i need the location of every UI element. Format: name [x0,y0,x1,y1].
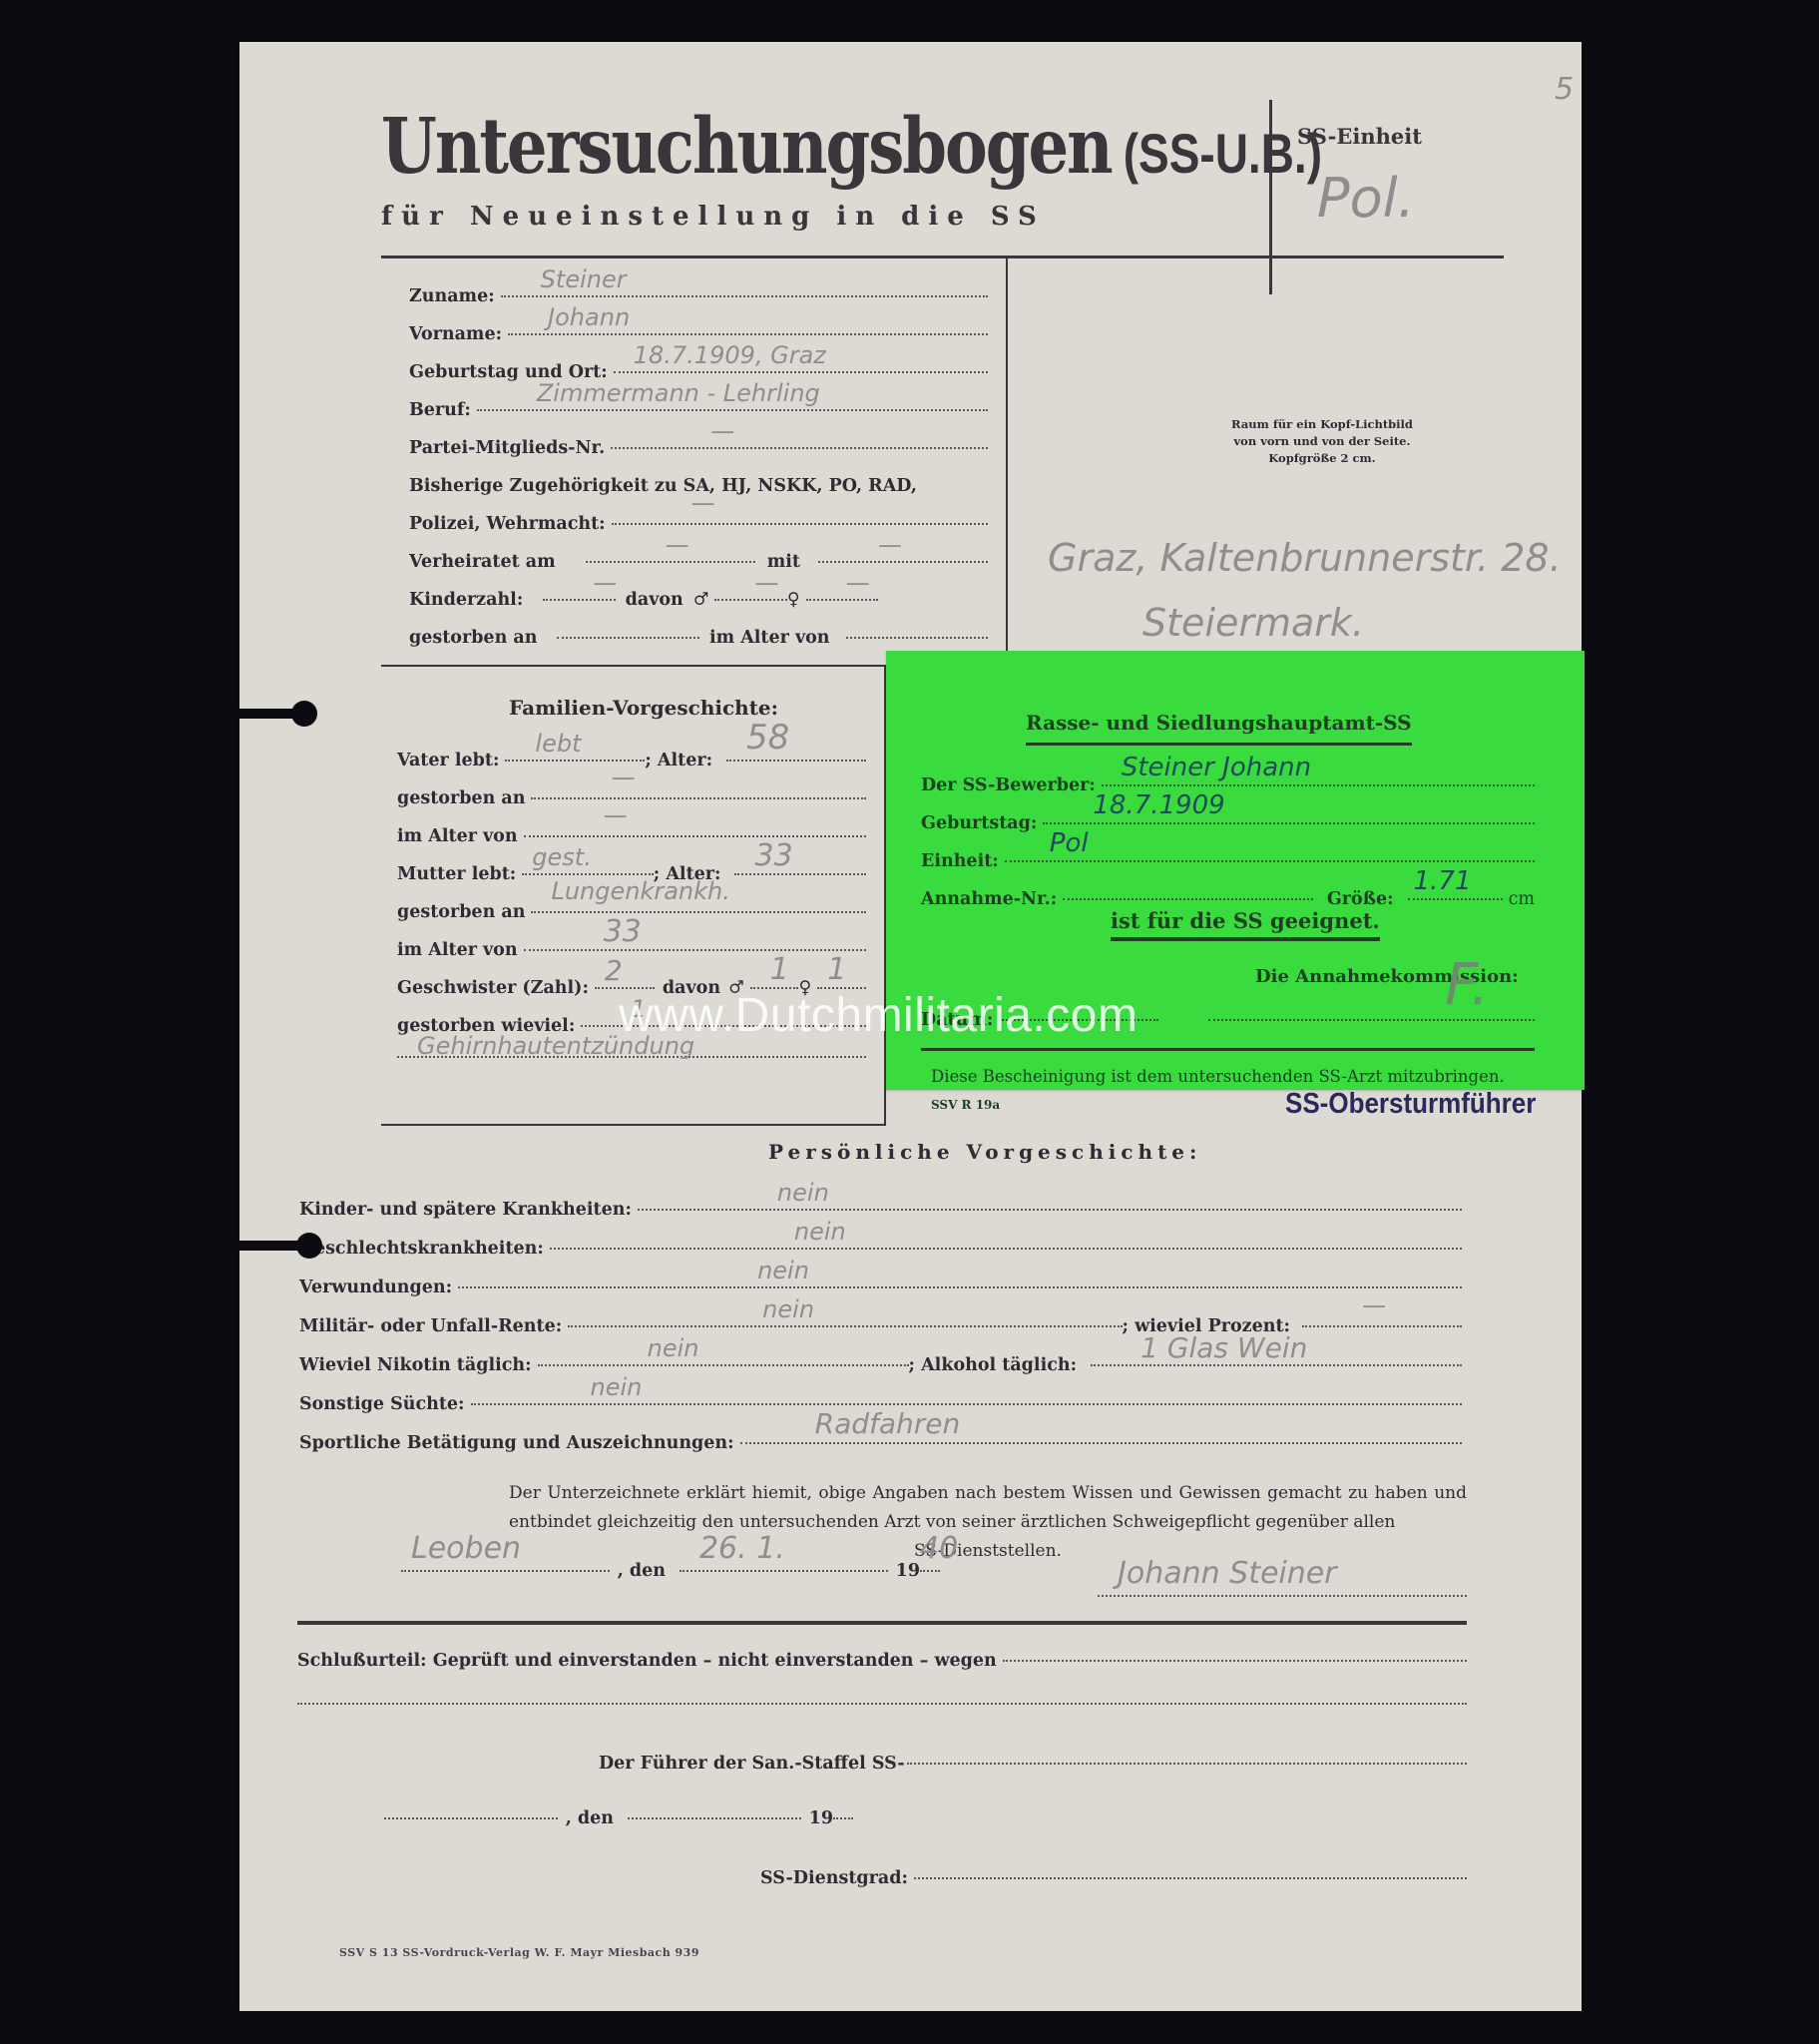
field-value[interactable]: — [691,489,715,517]
field-label: Schlußurteil: Geprüft und einverstanden … [297,1651,997,1671]
field-value[interactable]: nein [757,1257,809,1284]
field-label: Wieviel Nikotin täglich: [299,1355,532,1375]
year-prefix: 19 [896,1561,920,1581]
unit-value: Pol. [1317,167,1415,230]
card-rule [921,1048,1535,1051]
year-prefix: 19 [809,1808,833,1828]
rusha-heading: Rasse- und Siedlungshauptamt-SS [1026,711,1412,746]
field-value[interactable]: nein [591,1373,643,1401]
field-label: Vorname: [409,324,502,344]
field-value[interactable]: — [604,801,628,829]
male-symbol: ♂ [693,590,709,610]
family-box-bottom-border [381,1124,886,1126]
punch-hole-bottom [296,1233,322,1259]
field-value[interactable]: nein [777,1179,829,1207]
field-label: Polizei, Wehrmacht: [409,514,606,534]
field-label: Einheit: [921,851,999,871]
field-label: Der SS-Bewerber: [921,775,1096,795]
field-father-died-age: im Alter von — [397,826,866,846]
field-label: Mutter lebt: [397,864,516,884]
title-text: Untersuchungsbogen [381,102,1112,192]
field-value[interactable]: Johann [548,303,630,331]
declaration-signature-line: Johann Steiner [1098,1599,1467,1601]
field-label: Geburtstag: [921,813,1037,833]
field-label: Sportliche Betätigung und Auszeichnungen… [299,1433,734,1453]
binding-string-top [225,709,299,719]
field-label: Der Führer der San.-Staffel SS- [599,1754,905,1774]
footer-print-code: SSV S 13 SS-Vordruck-Verlag W. F. Mayr M… [339,1946,699,1959]
field-value[interactable]: Radfahren [815,1407,961,1440]
field-value[interactable]: Lungenkrankh. [551,877,729,905]
field-label: SS-Dienstgrad: [760,1868,908,1888]
field-died: gestorben an im Alter von [409,628,988,648]
field-value[interactable]: gest. [532,843,592,871]
form-title: Untersuchungsbogen(SS-U.B.) [381,102,1322,192]
field-leader: Der Führer der San.-Staffel SS- [599,1754,1467,1774]
field-value[interactable]: — [754,569,778,597]
field-value[interactable]: 18.7.1909, Graz [634,341,826,369]
field-value[interactable]: — [666,531,689,559]
form-subtitle: für Neueinstellung in die SS [381,202,1046,232]
field-value[interactable]: — [846,569,870,597]
field-verdict-continued [297,1707,1467,1709]
field-label: Geschlechtskrankheiten: [299,1239,544,1259]
page-number: 5 [1555,72,1574,107]
field-label: Beruf: [409,400,471,420]
field-label: , den [618,1561,666,1581]
field-history-venereal: Geschlechtskrankheiten: nein [299,1239,1462,1259]
field-value[interactable]: Steiner [541,265,627,293]
field-value[interactable]: 1 [827,952,846,987]
address-line-1: Graz, Kaltenbrunnerstr. 28. [1048,536,1562,580]
card-field-applicant: Der SS-Bewerber: Steiner Johann [921,775,1535,795]
photo-note-line: von vorn und von der Seite. [1162,433,1482,450]
field-value[interactable]: — [710,417,734,445]
field-siblings-died-note: Gehirnhautentzündung [397,1060,866,1062]
card-field-number-height: Annahme-Nr.: Größe: 1.71 cm [921,889,1535,909]
field-value[interactable]: 33 [754,838,792,873]
declaration-body: Der Unterzeichnete erklärt hiemit, obige… [509,1483,1467,1532]
field-label: Annahme-Nr.: [921,889,1057,909]
field-profession: Beruf: Zimmermann - Lehrling [409,400,988,420]
field-history-illness: Kinder- und spätere Krankheiten: nein [299,1200,1462,1220]
field-label: gestorben an [397,788,525,808]
field-label: im Alter von [397,826,518,846]
watermark: www.Dutchmilitaria.com [619,988,1137,1043]
rank-stamp: SS-Obersturmführer [1285,1086,1536,1120]
field-label: Kinder- und spätere Krankheiten: [299,1200,632,1220]
card-field-birthday: Geburtstag: 18.7.1909 [921,813,1535,833]
field-value[interactable]: Zimmermann - Lehrling [537,379,820,407]
binding-string-bottom [220,1241,304,1251]
field-label: im Alter von [709,628,830,648]
field-label: Verwundungen: [299,1277,452,1297]
field-party-number: Partei-Mitglieds-Nr. — [409,438,988,458]
year-value[interactable]: 40 [920,1531,958,1566]
field-value[interactable]: — [1362,1291,1386,1319]
field-label: ; Alkohol täglich: [909,1355,1078,1375]
photo-note-line: Kopfgröße 2 cm. [1162,450,1482,467]
field-history-sports: Sportliche Betätigung und Auszeichnungen… [299,1433,1462,1453]
field-married: Verheiratet am — mit — [409,552,988,572]
field-label: Größe: [1327,889,1394,909]
field-label: Verheiratet am [409,552,556,572]
field-value[interactable]: nein [794,1218,846,1246]
field-label: im Alter von [397,940,518,960]
field-mother-died-age: im Alter von 33 [397,940,866,960]
field-value[interactable]: — [611,764,635,791]
field-verdict-date: , den 19 [384,1808,853,1828]
female-symbol: ♀ [787,590,800,610]
field-label: Partei-Mitglieds-Nr. [409,438,605,458]
declaration-place-date: Leoben , den 26. 1. 19 40 [401,1561,940,1581]
field-value[interactable]: 58 [746,718,789,758]
field-value[interactable]: 2 [605,954,623,987]
personal-box-right-border [1006,257,1008,667]
field-value[interactable]: nein [762,1295,814,1323]
field-value[interactable]: 18.7.1909 [1093,790,1224,820]
field-label: Bisherige Zugehörigkeit zu SA, HJ, NSKK,… [409,476,917,496]
field-value[interactable]: Pol [1050,828,1089,858]
field-verdict: Schlußurteil: Geprüft und einverstanden … [297,1651,1467,1671]
field-label: Geschwister (Zahl): [397,978,589,998]
field-label: gestorben an [409,628,537,648]
header-divider [1269,100,1272,294]
card-note: Diese Bescheinigung ist dem untersuchend… [931,1067,1505,1086]
field-value[interactable]: 1 [770,952,789,987]
field-value[interactable]: 1.71 [1414,866,1472,896]
header-rule [381,255,1504,258]
field-value[interactable]: — [878,531,902,559]
field-label: Sonstige Süchte: [299,1394,465,1414]
declaration-text: Der Unterzeichnete erklärt hiemit, obige… [509,1479,1467,1566]
field-surname: Zuname: Steiner [409,286,988,306]
field-history-wounds: Verwundungen: nein [299,1277,1462,1297]
field-label: Vater lebt: [397,751,499,770]
field-value[interactable]: Steiner Johann [1122,753,1311,782]
field-label: Zuname: [409,286,495,306]
unit-label: SS-Einheit [1297,124,1422,149]
field-value[interactable]: lebt [535,730,581,758]
field-label: gestorben an [397,902,525,922]
card-form-code: SSV R 19a [931,1098,1000,1112]
place-value[interactable]: Leoben [411,1531,521,1566]
field-label: davon [626,590,683,610]
field-label: , den [566,1808,614,1828]
field-value[interactable]: nein [648,1334,699,1362]
field-label: ; Alter: [645,751,712,770]
field-history-nicotine-alcohol: Wieviel Nikotin täglich: nein ; Alkohol … [299,1355,1462,1375]
field-label: Kinderzahl: [409,590,523,610]
family-heading: Familien-Vorgeschichte: [509,696,778,720]
field-children: Kinderzahl: — davon ♂ — ♀ — [409,590,878,610]
verdict-rule [297,1621,1467,1625]
photo-placeholder-note: Raum für ein Kopf-Lichtbild von vorn und… [1162,416,1482,467]
suitable-statement: ist für die SS geeignet. [1111,908,1380,941]
height-unit: cm [1509,889,1535,909]
field-value[interactable]: 1 Glas Wein [1140,1331,1307,1364]
field-value[interactable]: — [593,569,617,597]
date-value[interactable]: 26. 1. [699,1531,785,1566]
photo-note-line: Raum für ein Kopf-Lichtbild [1162,416,1482,433]
applicant-signature[interactable]: Johann Steiner [1118,1556,1337,1591]
field-value[interactable]: 33 [604,914,642,949]
punch-hole-top [291,701,317,727]
history-heading: Persönliche Vorgeschichte: [768,1140,1201,1164]
field-rank: SS-Dienstgrad: [760,1868,1467,1888]
field-father-died: gestorben an — [397,788,866,808]
commission-signature: F. [1445,950,1489,1018]
address-line-2: Steiermark. [1142,601,1364,645]
title-code: (SS-U.B.) [1124,122,1322,184]
field-label: Militär- oder Unfall-Rente: [299,1316,562,1336]
